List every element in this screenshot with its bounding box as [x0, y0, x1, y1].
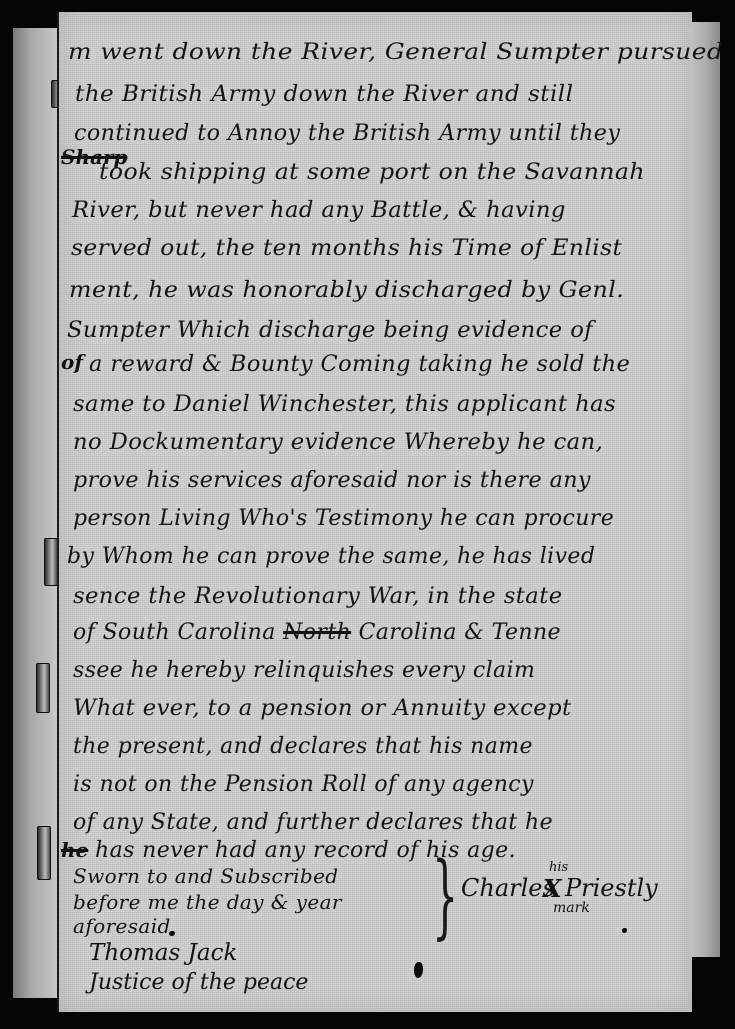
jurat-line: Sworn to and Subscribed — [73, 864, 339, 888]
text-line: person Living Who's Testimony he can pro… — [73, 506, 614, 531]
declarant-last-name: Priestly — [565, 874, 658, 902]
text-line: a reward & Bounty Coming taking he sold … — [89, 352, 630, 377]
text-line: no Dockumentary evidence Whereby he can, — [73, 430, 603, 455]
text-line: of South Carolina North Carolina & Tenne — [73, 620, 561, 645]
text-line: the present, and declares that his name — [73, 734, 533, 759]
text-line: ment, he was honorably discharged by Gen… — [69, 278, 624, 303]
official-title: Justice of the peace — [89, 970, 308, 995]
text-line: continued to Annoy the British Army unti… — [74, 121, 620, 146]
document-scan: m went down the River, General Sumpter p… — [0, 0, 735, 1029]
jurat-brace: } — [432, 850, 458, 942]
jurat-line: before me the day & year — [73, 890, 342, 914]
ink-blot — [169, 931, 175, 936]
margin-mark-struck: he — [61, 838, 88, 862]
text-line: sence the Revolutionary War, in the stat… — [73, 584, 563, 609]
manuscript-page: m went down the River, General Sumpter p… — [57, 12, 692, 1012]
underlying-page-left-edge — [13, 28, 58, 998]
mark-label-below: mark — [553, 900, 590, 916]
underlying-page-right-edge — [688, 22, 720, 957]
text-line: River, but never had any Battle, & havin… — [72, 198, 566, 223]
text-line: Sumpter Which discharge being evidence o… — [67, 318, 593, 343]
declarant-first-name: Charles — [461, 874, 555, 902]
text-line: same to Daniel Winchester, this applican… — [73, 392, 616, 417]
text-line: took shipping at some port on the Savann… — [99, 160, 645, 185]
declarant-mark-x: X — [543, 874, 562, 903]
jurat-line: aforesaid — [73, 914, 171, 938]
text-line: is not on the Pension Roll of any agency — [73, 772, 534, 797]
ink-blot — [622, 928, 627, 933]
ink-blot — [414, 962, 423, 978]
text-line: What ever, to a pension or Annuity excep… — [73, 696, 572, 721]
mark-label-above: his — [549, 860, 568, 875]
binding-tab — [36, 663, 50, 713]
text-line: prove his services aforesaid nor is ther… — [73, 468, 591, 493]
text-line: m went down the River, General Sumpter p… — [68, 40, 723, 65]
text-line: ssee he hereby relinquishes every claim — [73, 658, 535, 683]
binding-tab — [44, 538, 58, 586]
official-signature: Thomas Jack — [89, 940, 237, 966]
text-line: the British Army down the River and stil… — [75, 82, 573, 107]
binding-tab — [37, 826, 51, 880]
margin-mark: of — [61, 350, 83, 374]
text-line: of any State, and further declares that … — [73, 810, 553, 835]
text-line: by Whom he can prove the same, he has li… — [67, 544, 595, 569]
text-line: served out, the ten months his Time of E… — [71, 236, 622, 261]
